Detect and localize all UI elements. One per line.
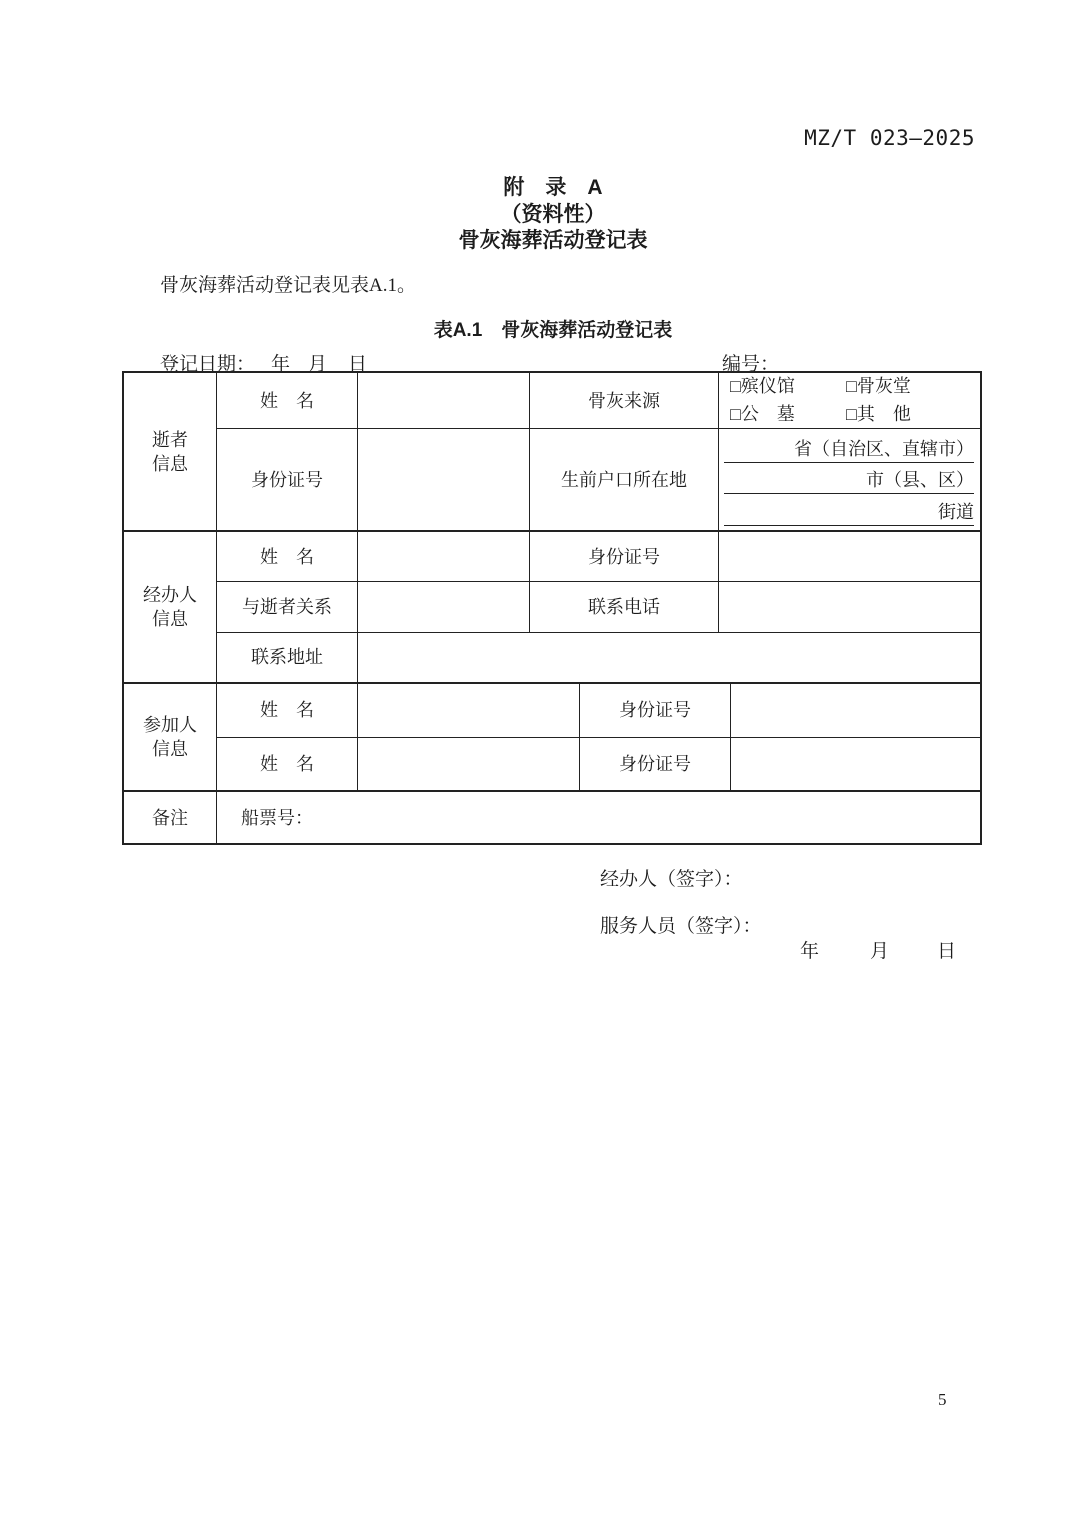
- checkbox-ash-hall: □骨灰堂: [846, 374, 911, 399]
- handler-name-label: 姓 名: [217, 532, 357, 581]
- section-deceased-label: 逝者 信息: [124, 373, 217, 530]
- table-row: 联系地址: [217, 632, 980, 682]
- section-deceased: 逝者 信息 姓 名 骨灰来源 □殡仪馆 □骨灰堂 □公 墓 □其 他 身份证号 …: [124, 373, 980, 530]
- section-remarks: 备注 船票号：: [124, 790, 980, 843]
- appendix-subtitle: （资料性）: [123, 203, 983, 227]
- table-caption: 表A.1 骨灰海葬活动登记表: [123, 315, 983, 342]
- phone-field: [718, 582, 980, 631]
- staff-signature-label: 服务人员（签字）：: [600, 911, 762, 938]
- deceased-id-label: 身份证号: [217, 429, 357, 530]
- checkbox-funeral-home: □殡仪馆: [730, 374, 846, 399]
- table-row: 与逝者关系 联系电话: [217, 581, 980, 631]
- page-number: 5: [938, 1390, 947, 1410]
- address-field: [357, 633, 980, 682]
- checkbox-cemetery: □公 墓: [730, 402, 846, 427]
- ticket-number-label: 船票号：: [217, 792, 980, 843]
- participant-id-field: [730, 684, 980, 737]
- section-handler-label: 经办人 信息: [124, 532, 217, 682]
- phone-label: 联系电话: [529, 582, 718, 631]
- residence-province-label: 省（自治区、直辖市）: [794, 437, 974, 461]
- handler-signature-label: 经办人（签字）：: [600, 864, 743, 891]
- participant-row: 姓 名 身份证号: [217, 737, 980, 791]
- residence-label: 生前户口所在地: [529, 429, 718, 530]
- participant-name-label: 姓 名: [217, 738, 357, 791]
- handler-id-label: 身份证号: [529, 532, 718, 581]
- table-row: 船票号：: [217, 792, 980, 843]
- residence-line-street: 街道: [724, 494, 974, 526]
- appendix-title: 附 录 A: [123, 176, 983, 200]
- checkbox-other: □其 他: [846, 402, 911, 427]
- ash-source-options: □殡仪馆 □骨灰堂 □公 墓 □其 他: [718, 373, 980, 428]
- relation-label: 与逝者关系: [217, 582, 357, 631]
- appendix-form-title: 骨灰海葬活动登记表: [123, 229, 983, 253]
- participant-id-label: 身份证号: [579, 684, 730, 737]
- residence-line-province: 省（自治区、直辖市）: [724, 431, 974, 463]
- table-row: 身份证号 生前户口所在地 省（自治区、直辖市） 市（县、区） 街道: [217, 428, 980, 530]
- section-remarks-label: 备注: [124, 792, 217, 843]
- deceased-name-field: [357, 373, 529, 428]
- ash-source-label: 骨灰来源: [529, 373, 718, 428]
- table-row: 姓 名 身份证号: [217, 532, 980, 581]
- participant-row: 姓 名 身份证号: [217, 684, 980, 737]
- signature-year-label: 年: [800, 936, 819, 963]
- participant-id-field: [730, 738, 980, 791]
- signature-month-label: 月: [870, 936, 889, 963]
- section-participants: 参加人 信息 姓 名 身份证号 姓 名 身份证号: [124, 682, 980, 790]
- registration-form-table: 逝者 信息 姓 名 骨灰来源 □殡仪馆 □骨灰堂 □公 墓 □其 他 身份证号 …: [122, 371, 982, 845]
- residence-field: 省（自治区、直辖市） 市（县、区） 街道: [718, 429, 980, 530]
- participant-name-label: 姓 名: [217, 684, 357, 737]
- table-row: 姓 名 骨灰来源 □殡仪馆 □骨灰堂 □公 墓 □其 他: [217, 373, 980, 428]
- participant-name-field: [357, 738, 579, 791]
- residence-line-city: 市（县、区）: [724, 463, 974, 495]
- residence-city-label: 市（县、区）: [866, 468, 974, 492]
- residence-street-label: 街道: [938, 500, 974, 524]
- signature-day-label: 日: [937, 936, 956, 963]
- participant-id-label: 身份证号: [579, 738, 730, 791]
- section-handler: 经办人 信息 姓 名 身份证号 与逝者关系 联系电话 联系地址: [124, 530, 980, 682]
- handler-id-field: [718, 532, 980, 581]
- address-label: 联系地址: [217, 633, 357, 682]
- intro-paragraph: 骨灰海葬活动登记表见表A.1。: [160, 270, 416, 297]
- relation-field: [357, 582, 529, 631]
- section-participants-label: 参加人 信息: [124, 684, 217, 790]
- handler-name-field: [357, 532, 529, 581]
- standard-code: MZ/T 023—2025: [804, 126, 975, 150]
- deceased-id-field: [357, 429, 529, 530]
- participant-name-field: [357, 684, 579, 737]
- deceased-name-label: 姓 名: [217, 373, 357, 428]
